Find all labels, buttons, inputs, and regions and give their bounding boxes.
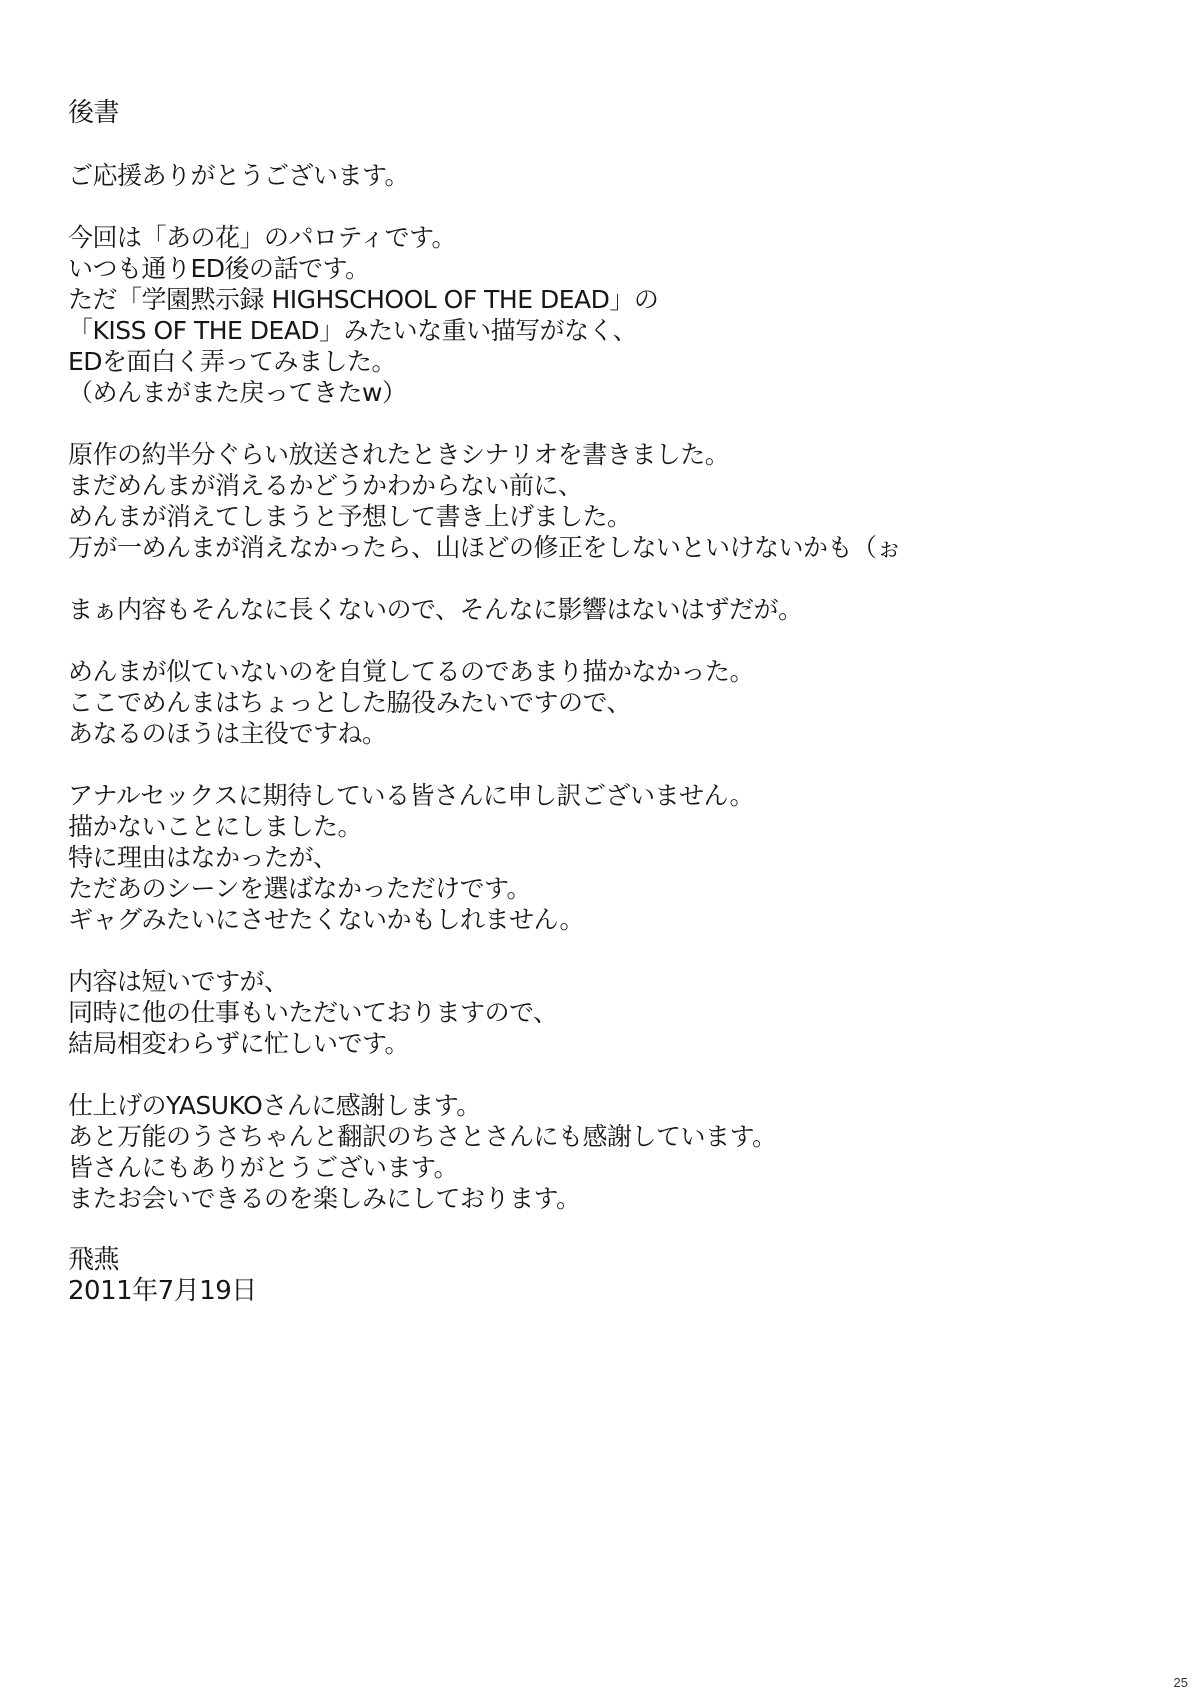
text-line: ただあのシーンを選ばなかっただけです。 xyxy=(68,873,1148,904)
paragraph-thanks: ご応援ありがとうございます。 xyxy=(68,160,1148,191)
paragraph-parody: 今回は「あの花」のパロティです。 いつも通りED後の話です。 ただ「学園黙示録 … xyxy=(68,222,1148,408)
text-line: ご応援ありがとうございます。 xyxy=(68,160,1148,191)
paragraph-gap xyxy=(68,625,1148,656)
signature-date: 2011年7月19日 xyxy=(68,1276,1148,1307)
text-line: いつも通りED後の話です。 xyxy=(68,253,1148,284)
text-line: めんまが似ていないのを自覚してるのであまり描かなかった。 xyxy=(68,656,1148,687)
paragraph-gap xyxy=(68,563,1148,594)
afterword-page: 後書 ご応援ありがとうございます。 今回は「あの花」のパロティです。 いつも通り… xyxy=(68,98,1148,1307)
text-line: 原作の約半分ぐらい放送されたときシナリオを書きました。 xyxy=(68,439,1148,470)
text-line: 内容は短いですが、 xyxy=(68,966,1148,997)
text-line: 仕上げのYASUKOさんに感謝します。 xyxy=(68,1090,1148,1121)
text-line: （めんまがまた戻ってきたw） xyxy=(68,377,1148,408)
text-line: ただ「学園黙示録 HIGHSCHOOL OF THE DEAD」の xyxy=(68,284,1148,315)
text-line: まぁ内容もそんなに長くないので、そんなに影響はないはずだが。 xyxy=(68,594,1148,625)
page-number: 25 xyxy=(1174,1675,1188,1690)
text-line: 同時に他の仕事もいただいておりますので、 xyxy=(68,997,1148,1028)
text-line: ここでめんまはちょっとした脇役みたいですので、 xyxy=(68,687,1148,718)
text-line: アナルセックスに期待している皆さんに申し訳ございません。 xyxy=(68,780,1148,811)
text-line: EDを面白く弄ってみました。 xyxy=(68,346,1148,377)
text-line: 結局相変わらずに忙しいです。 xyxy=(68,1028,1148,1059)
signature-block: 飛燕 2011年7月19日 xyxy=(68,1245,1148,1307)
paragraph-gap xyxy=(68,1059,1148,1090)
text-line: 「KISS OF THE DEAD」みたいな重い描写がなく、 xyxy=(68,315,1148,346)
text-line: あなるのほうは主役ですね。 xyxy=(68,718,1148,749)
paragraph-acknowledgements: 仕上げのYASUKOさんに感謝します。 あと万能のうさちゃんと翻訳のちさとさんに… xyxy=(68,1090,1148,1214)
paragraph-content-length: まぁ内容もそんなに長くないので、そんなに影響はないはずだが。 xyxy=(68,594,1148,625)
text-line: 万が一めんまが消えなかったら、山ほどの修正をしないといけないかも（ぉ xyxy=(68,532,1148,563)
paragraph-apology: アナルセックスに期待している皆さんに申し訳ございません。 描かないことにしました… xyxy=(68,780,1148,935)
text-line: まだめんまが消えるかどうかわからない前に、 xyxy=(68,470,1148,501)
text-line: あと万能のうさちゃんと翻訳のちさとさんにも感謝しています。 xyxy=(68,1121,1148,1152)
text-line: 今回は「あの花」のパロティです。 xyxy=(68,222,1148,253)
text-line: 描かないことにしました。 xyxy=(68,811,1148,842)
paragraph-busy: 内容は短いですが、 同時に他の仕事もいただいておりますので、 結局相変わらずに忙… xyxy=(68,966,1148,1059)
text-line: 皆さんにもありがとうございます。 xyxy=(68,1152,1148,1183)
text-line: 特に理由はなかったが、 xyxy=(68,842,1148,873)
paragraph-gap xyxy=(68,408,1148,439)
afterword-title: 後書 xyxy=(68,98,1148,129)
text-line: ギャグみたいにさせたくないかもしれません。 xyxy=(68,904,1148,935)
paragraph-gap xyxy=(68,749,1148,780)
paragraph-gap xyxy=(68,935,1148,966)
paragraph-gap xyxy=(68,191,1148,222)
paragraph-characters: めんまが似ていないのを自覚してるのであまり描かなかった。 ここでめんまはちょっと… xyxy=(68,656,1148,749)
text-line: めんまが消えてしまうと予想して書き上げました。 xyxy=(68,501,1148,532)
author-name: 飛燕 xyxy=(68,1245,1148,1276)
paragraph-gap xyxy=(68,1214,1148,1245)
paragraph-scenario: 原作の約半分ぐらい放送されたときシナリオを書きました。 まだめんまが消えるかどう… xyxy=(68,439,1148,563)
text-line: またお会いできるのを楽しみにしております。 xyxy=(68,1183,1148,1214)
